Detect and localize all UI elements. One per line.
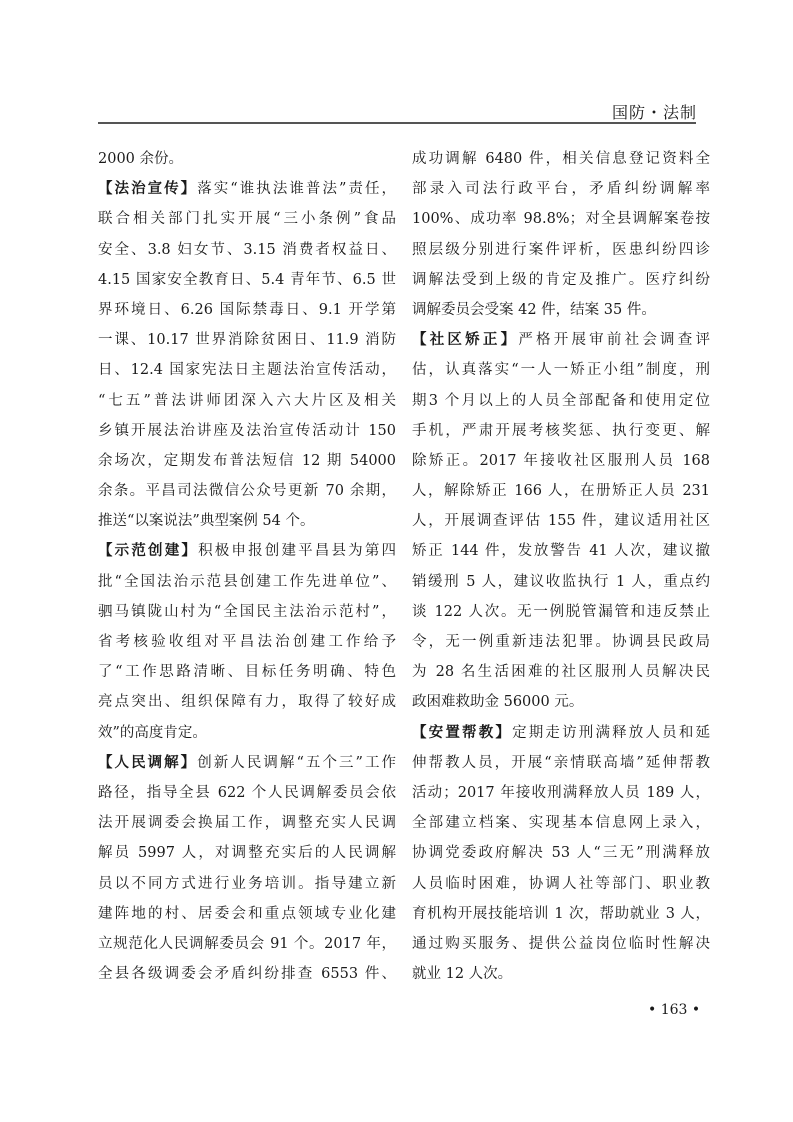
text-line: 手机，严肃开展考核奖惩、执行变更、解 (412, 416, 710, 446)
line-text: 路径，指导全县 622 个人民调解委员会依 (98, 785, 396, 801)
line-text: 推送“以案说法”典型案例 54 个。 (98, 513, 315, 529)
text-line: 销缓刑 5 人，建议收监执行 1 人，重点约 (412, 567, 710, 597)
line-text: 部录入司法行政平台，矛盾纠纷调解率 (412, 181, 710, 197)
line-text: 乡镇开展法治讲座及法治宣传活动计 150 (98, 423, 396, 439)
line-text: 人，解除矫正 166 人，在册矫正人员 231 (412, 483, 710, 499)
section-heading: 【人民调解】 (98, 755, 197, 771)
text-line: 余场次，定期发布普法短信 12 期 54000 (98, 446, 396, 476)
text-line: 人员临时困难，协调人社等部门、职业教 (412, 869, 710, 899)
text-line: 育机构开展技能培训 1 次，帮助就业 3 人， (412, 899, 710, 929)
text-line: 全部建立档案、实现基本信息网上录入， (412, 808, 710, 838)
line-text: 全部建立档案、实现基本信息网上录入， (412, 815, 710, 831)
text-line: 成功调解 6480 件，相关信息登记资料全 (412, 144, 710, 174)
text-line: 为 28 名生活困难的社区服刑人员解决民 (412, 657, 710, 687)
text-line: 期3 个月以上的人员全部配备和使用定位 (412, 386, 710, 416)
line-text: 矫正 144 件，发放警告 41 人次，建议撤 (412, 543, 710, 559)
line-text: 调解法受到上级的肯定及推广。医疗纠纷 (412, 272, 710, 288)
text-line: 估，认真落实“一人一矫正小组”制度，刑 (412, 355, 710, 385)
text-line: 界环境日、6.26 国际禁毒日、9.1 开学第 (98, 295, 396, 325)
text-line: 伸帮教人员，开展“亲情联高墙”延伸帮教 (412, 748, 710, 778)
line-text: 育机构开展技能培训 1 次，帮助就业 3 人， (412, 906, 710, 922)
text-line: 【安置帮教】定期走访刑满释放人员和延 (412, 718, 710, 748)
text-line: 除矫正。2017 年接收社区服刑人员 168 (412, 446, 710, 476)
text-line: 调解委员会受案 42 件，结案 35 件。 (412, 295, 710, 325)
line-text: 联合相关部门扎实开展“三小条例”食品 (98, 211, 396, 227)
text-line: 部录入司法行政平台，矛盾纠纷调解率 (412, 174, 710, 204)
line-text: 一课、10.17 世界消除贫困日、11.9 消防 (98, 332, 396, 348)
header-rule (98, 122, 696, 124)
section-heading: 【示范创建】 (98, 543, 198, 559)
text-line: 推送“以案说法”典型案例 54 个。 (98, 506, 396, 536)
line-text: 立规范化人民调解委员会 91 个。2017 年， (98, 936, 396, 952)
text-line: 矫正 144 件，发放警告 41 人次，建议撤 (412, 536, 710, 566)
line-text: “七五”普法讲师团深入六大片区及相关 (98, 393, 396, 409)
text-line: 人，开展调查评估 155 件，建议适用社区 (412, 506, 710, 536)
text-line: 余条。平昌司法微信公众号更新 70 余期， (98, 476, 396, 506)
text-line: 活动；2017 年接收刑满释放人员 189 人， (412, 778, 710, 808)
line-text: 落实“谁执法谁普法”责任， (197, 181, 396, 197)
text-line: 全县各级调委会矛盾纠纷排查 6553 件、 (98, 959, 396, 989)
line-text: 驷马镇陇山村为“全国民主法治示范村”， (98, 604, 396, 620)
text-line: 100%、成功率 98.8%；对全县调解案卷按 (412, 204, 710, 234)
section-heading: 【社区矫正】 (412, 332, 518, 348)
section-title: 国防・法制 (612, 100, 697, 123)
line-text: 活动；2017 年接收刑满释放人员 189 人， (412, 785, 710, 801)
line-text: 创新人民调解“五个三”工作 (197, 755, 396, 771)
text-line: 谈 122 人次。无一例脱管漏管和违反禁止 (412, 597, 710, 627)
text-line: 政困难救助金 56000 元。 (412, 687, 710, 717)
line-text: 日、12.4 国家宪法日主题法治宣传活动， (98, 362, 396, 378)
line-text: 估，认真落实“一人一矫正小组”制度，刑 (412, 362, 710, 378)
line-text: 建阵地的村、居委会和重点领域专业化建 (98, 906, 396, 922)
line-text: 4.15 国家安全教育日、5.4 青年节、6.5 世 (98, 272, 396, 288)
line-text: 余场次，定期发布普法短信 12 期 54000 (98, 453, 396, 469)
line-text: 照层级分别进行案件评析，医患纠纷四诊 (412, 242, 710, 258)
right-column: 成功调解 6480 件，相关信息登记资料全部录入司法行政平台，矛盾纠纷调解率10… (412, 144, 710, 989)
line-text: 亮点突出、组织保障有力，取得了较好成 (98, 694, 396, 710)
text-line: 亮点突出、组织保障有力，取得了较好成 (98, 687, 396, 717)
text-line: 立规范化人民调解委员会 91 个。2017 年， (98, 929, 396, 959)
line-text: 人员临时困难，协调人社等部门、职业教 (412, 876, 710, 892)
line-text: 为 28 名生活困难的社区服刑人员解决民 (412, 664, 710, 680)
text-line: 调解法受到上级的肯定及推广。医疗纠纷 (412, 265, 710, 295)
text-line: 【法治宣传】落实“谁执法谁普法”责任， (98, 174, 396, 204)
line-text: 期3 个月以上的人员全部配备和使用定位 (412, 393, 710, 409)
line-text: 100%、成功率 98.8%；对全县调解案卷按 (412, 211, 710, 227)
line-text: 法开展调委会换届工作，调整充实人民调 (98, 815, 396, 831)
text-line: 驷马镇陇山村为“全国民主法治示范村”， (98, 597, 396, 627)
text-line: 效”的高度肯定。 (98, 718, 396, 748)
text-line: 令，无一例重新违法犯罪。协调县民政局 (412, 627, 710, 657)
line-text: 就业 12 人次。 (412, 966, 512, 982)
line-text: 协调党委政府解决 53 人“三无”刑满释放 (412, 845, 710, 861)
text-line: 建阵地的村、居委会和重点领域专业化建 (98, 899, 396, 929)
text-line: 省考核验收组对平昌法治创建工作给予 (98, 627, 396, 657)
text-line: 通过购买服务、提供公益岗位临时性解决 (412, 929, 710, 959)
line-text: 余条。平昌司法微信公众号更新 70 余期， (98, 483, 396, 499)
line-text: 积极申报创建平昌县为第四 (198, 543, 396, 559)
line-text: 伸帮教人员，开展“亲情联高墙”延伸帮教 (412, 755, 710, 771)
text-line: 安全、3.8 妇女节、3.15 消费者权益日、 (98, 235, 396, 265)
text-line: 乡镇开展法治讲座及法治宣传活动计 150 (98, 416, 396, 446)
line-text: 谈 122 人次。无一例脱管漏管和违反禁止 (412, 604, 710, 620)
section-heading: 【安置帮教】 (412, 725, 512, 741)
line-text: 界环境日、6.26 国际禁毒日、9.1 开学第 (98, 302, 396, 318)
text-line: 【示范创建】积极申报创建平昌县为第四 (98, 536, 396, 566)
text-line: “七五”普法讲师团深入六大片区及相关 (98, 386, 396, 416)
line-text: 成功调解 6480 件，相关信息登记资料全 (412, 151, 710, 167)
text-line: 4.15 国家安全教育日、5.4 青年节、6.5 世 (98, 265, 396, 295)
line-text: 调解委员会受案 42 件，结案 35 件。 (412, 302, 656, 318)
line-text: 政困难救助金 56000 元。 (412, 694, 583, 710)
text-line: 【社区矫正】严格开展审前社会调查评 (412, 325, 710, 355)
line-text: 通过购买服务、提供公益岗位临时性解决 (412, 936, 710, 952)
line-text: 省考核验收组对平昌法治创建工作给予 (98, 634, 396, 650)
text-line: 2000 余份。 (98, 144, 396, 174)
line-text: 销缓刑 5 人，建议收监执行 1 人，重点约 (412, 574, 710, 590)
line-text: 批“全国法治示范县创建工作先进单位”、 (98, 574, 396, 590)
text-line: 批“全国法治示范县创建工作先进单位”、 (98, 567, 396, 597)
line-text: 定期走访刑满释放人员和延 (512, 725, 710, 741)
line-text: 解员 5997 人，对调整充实后的人民调解 (98, 845, 396, 861)
line-text: 严格开展审前社会调查评 (518, 332, 710, 348)
left-column: 2000 余份。【法治宣传】落实“谁执法谁普法”责任，联合相关部门扎实开展“三小… (98, 144, 396, 989)
line-text: 了“工作思路清晰、目标任务明确、特色 (98, 664, 396, 680)
page-number: • 163 • (648, 1002, 700, 1018)
text-line: 路径，指导全县 622 个人民调解委员会依 (98, 778, 396, 808)
section-heading: 【法治宣传】 (98, 181, 197, 197)
text-line: 人，解除矫正 166 人，在册矫正人员 231 (412, 476, 710, 506)
text-line: 协调党委政府解决 53 人“三无”刑满释放 (412, 838, 710, 868)
text-line: 照层级分别进行案件评析，医患纠纷四诊 (412, 235, 710, 265)
text-line: 【人民调解】创新人民调解“五个三”工作 (98, 748, 396, 778)
line-text: 2000 余份。 (98, 151, 183, 167)
text-line: 就业 12 人次。 (412, 959, 710, 989)
line-text: 令，无一例重新违法犯罪。协调县民政局 (412, 634, 710, 650)
text-line: 法开展调委会换届工作，调整充实人民调 (98, 808, 396, 838)
line-text: 效”的高度肯定。 (98, 725, 207, 741)
line-text: 安全、3.8 妇女节、3.15 消费者权益日、 (98, 242, 396, 258)
text-line: 了“工作思路清晰、目标任务明确、特色 (98, 657, 396, 687)
line-text: 员以不同方式进行业务培训。指导建立新 (98, 876, 396, 892)
text-line: 日、12.4 国家宪法日主题法治宣传活动， (98, 355, 396, 385)
text-line: 一课、10.17 世界消除贫困日、11.9 消防 (98, 325, 396, 355)
line-text: 除矫正。2017 年接收社区服刑人员 168 (412, 453, 710, 469)
line-text: 人，开展调查评估 155 件，建议适用社区 (412, 513, 710, 529)
text-line: 联合相关部门扎实开展“三小条例”食品 (98, 204, 396, 234)
line-text: 全县各级调委会矛盾纠纷排查 6553 件、 (98, 966, 396, 982)
text-line: 解员 5997 人，对调整充实后的人民调解 (98, 838, 396, 868)
text-line: 员以不同方式进行业务培训。指导建立新 (98, 869, 396, 899)
line-text: 手机，严肃开展考核奖惩、执行变更、解 (412, 423, 710, 439)
